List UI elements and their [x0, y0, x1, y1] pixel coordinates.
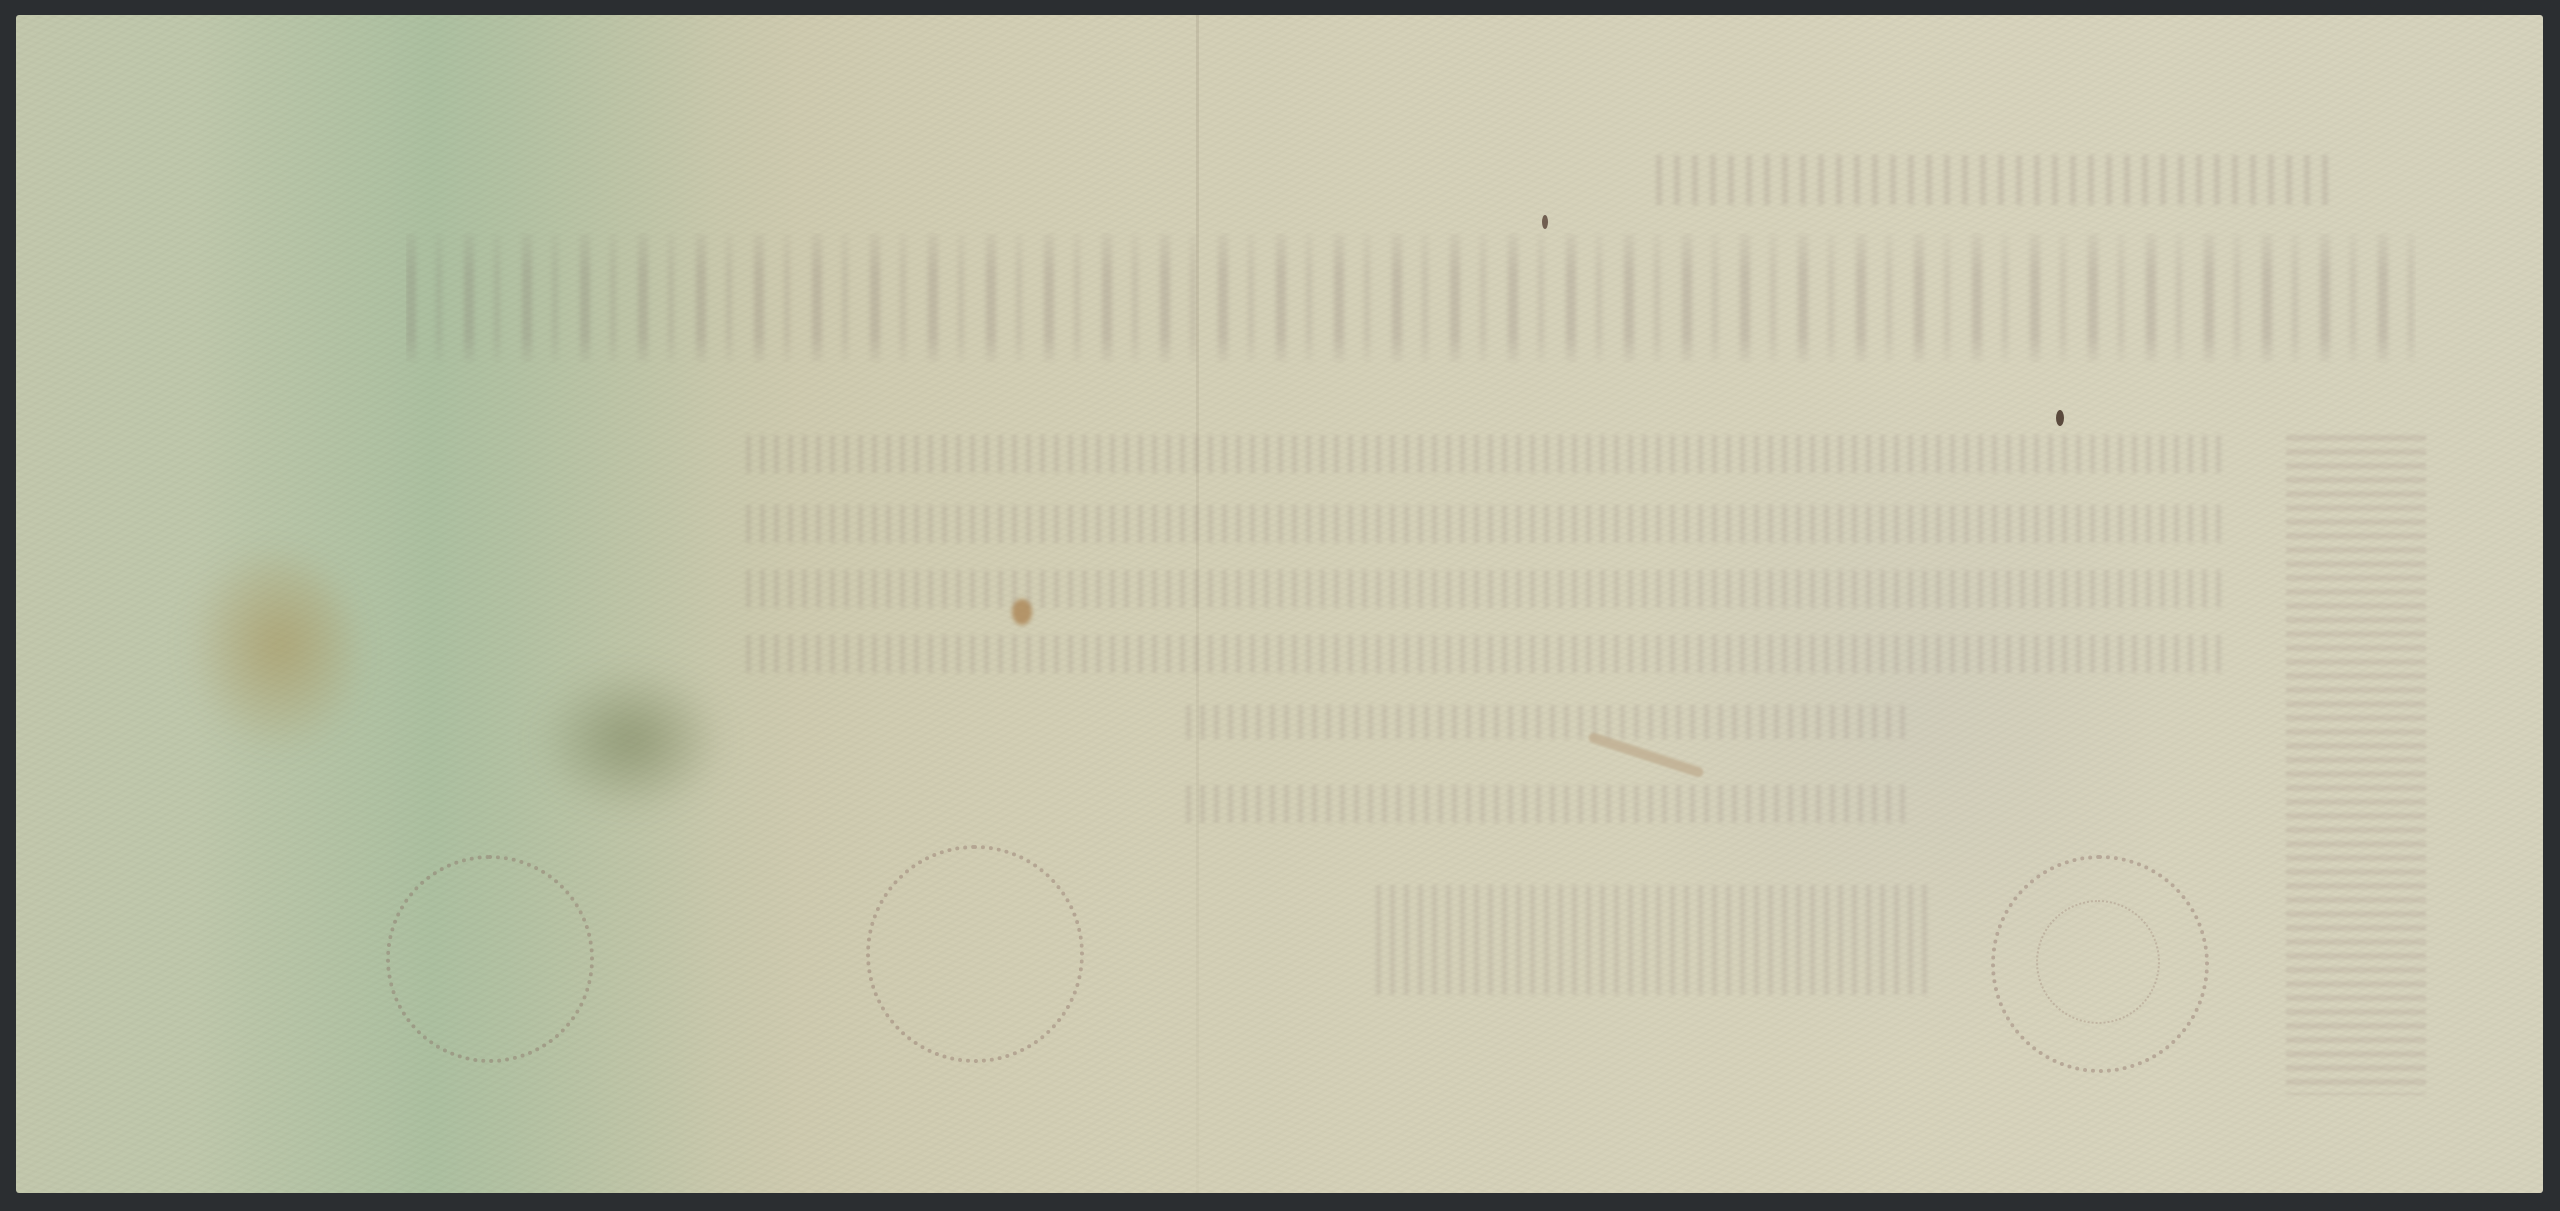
showthrough-text-line: [746, 505, 2226, 543]
showthrough-signatures: [1376, 885, 1936, 995]
brown-stain: [186, 555, 356, 755]
photo-background: [0, 0, 2560, 1211]
paper-fold: [1196, 15, 1199, 1193]
showthrough-text-line: [746, 635, 2226, 673]
showthrough-text-line: [1186, 705, 1906, 739]
ink-speck: [1542, 215, 1548, 229]
showthrough-text-line: [1186, 785, 1906, 823]
showthrough-seal-center: [866, 845, 1084, 1063]
showthrough-seal-left: [386, 855, 594, 1063]
showthrough-header-line: [1656, 155, 2336, 205]
showthrough-text-line: [746, 570, 2226, 608]
showthrough-side-strip: [2286, 435, 2426, 1095]
seal-inner-ring: [2036, 900, 2160, 1024]
showthrough-title: [406, 233, 2416, 363]
ochre-spot: [1012, 599, 1032, 625]
olive-stain: [536, 665, 726, 815]
ink-speck: [2056, 410, 2064, 426]
showthrough-text-line: [746, 435, 2226, 473]
banknote-reverse: [16, 15, 2543, 1193]
